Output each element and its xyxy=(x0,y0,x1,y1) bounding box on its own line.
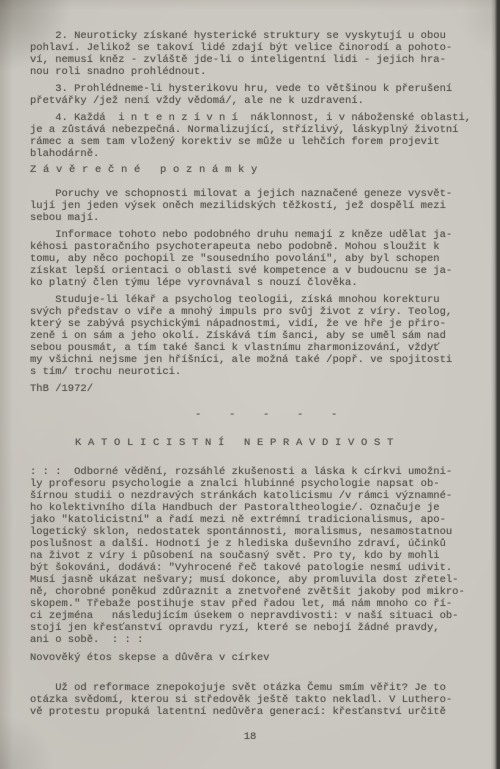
paragraph-point-3: 3. Prohlédneme-li hysterikovu hru, vede … xyxy=(30,83,492,107)
text-line: 3. Prohlédneme-li hysterikovu hru, vede … xyxy=(30,83,492,95)
text-line: ani o sobě. : : : xyxy=(30,634,492,646)
text-line: svých představ o víře a mnohý impuls pro… xyxy=(30,306,492,318)
text-line: šírnou studii o nezdravých stránkách kat… xyxy=(30,490,492,502)
text-line: logetický sklon, nedostatek spontánnosti… xyxy=(30,526,492,538)
text-line: - - - - - xyxy=(195,409,492,421)
text-line: ThB /1972/ xyxy=(30,383,492,395)
source-signature: ThB /1972/ xyxy=(30,383,492,395)
text-line: Už od reformace znepokojuje svět otázka … xyxy=(30,682,492,694)
text-line: Studuje-li lékař a psycholog teologii, z… xyxy=(30,294,492,306)
subheading-novoveky-etos: Novověký étos skepse a důvěra v církev xyxy=(30,652,492,664)
paragraph-informace: Informace tohoto nebo podobného druhu ne… xyxy=(30,229,492,289)
scan-edge-shadow xyxy=(491,0,500,769)
text-line: Z á v ě r e č n é p o z n á m k y xyxy=(30,164,492,176)
scanned-document-page: 2. Neuroticky získané hysterické struktu… xyxy=(0,0,500,769)
text-line: získat lepší orientaci o oblasti své kom… xyxy=(30,265,492,277)
text-line: : : : Odborné vědění, rozsáhlé zkušenost… xyxy=(30,466,492,478)
text-line: 2. Neuroticky získané hysterické struktu… xyxy=(30,30,492,42)
text-line: být šokováni, dodává: "Vyhrocené řeč tak… xyxy=(30,562,492,574)
text-line: tomu, aby něco pochopil ze "sousedního p… xyxy=(30,253,492,265)
text-line: vě protestu propuká latentní nedůvěra ge… xyxy=(30,706,492,718)
text-line: ci zejména následujícím úsekem o nepravd… xyxy=(30,610,492,622)
article-title-katolicistni-nepravdivost: K A T O L I C I S T N Í N E P R A V D I … xyxy=(30,437,492,449)
text-line: Informace tohoto nebo podobného druhu ne… xyxy=(30,229,492,241)
dash-separator: - - - - - xyxy=(30,409,492,421)
text-line: s tím/ trochu neurotici. xyxy=(30,366,492,378)
paragraph-point-2: 2. Neuroticky získané hysterické struktu… xyxy=(30,30,492,78)
text-line: zeně i on sám a jeho okolí. Získává tím … xyxy=(30,330,492,342)
page-content: 2. Neuroticky získané hysterické struktu… xyxy=(30,30,492,718)
text-line: ně, chorobné poněkud zdůraznit a znetvoř… xyxy=(30,586,492,598)
text-line: nou roli snadno prohlédnout. xyxy=(30,66,492,78)
text-line: ví, nemusí kněz - zvláště jde-li o intel… xyxy=(30,54,492,66)
paragraph-odborne-vedeni: : : : Odborné vědění, rozsáhlé zkušenost… xyxy=(30,466,492,646)
paragraph-studuje-li: Studuje-li lékař a psycholog teologii, z… xyxy=(30,294,492,378)
text-line: stojí jen křesťanství opravdu ryzí, kter… xyxy=(30,622,492,634)
text-line: je a zůstává nebezpečná. Normalizující, … xyxy=(30,124,492,136)
text-line: ho kolektivního díla Handbuch der Pastor… xyxy=(30,502,492,514)
text-line: sebou pousmát, a tím také šanci k vlastn… xyxy=(30,342,492,354)
text-line: který se zabývá psychickými nápadnostmi,… xyxy=(30,318,492,330)
text-line: poslušnost a další. Hodnotí je z hledisk… xyxy=(30,538,492,550)
text-line: otázka svědomí, kterou si středověk ješt… xyxy=(30,694,492,706)
text-line: 4. Každá i n t e n z í v n í náklonnost,… xyxy=(30,112,492,124)
text-line: sebou mají. xyxy=(30,212,492,224)
text-line: rámec a sem tam vložený korektiv se může… xyxy=(30,136,492,148)
text-line: my všichni nejsme jen hříšníci, ale možn… xyxy=(30,354,492,366)
page-number: 18 xyxy=(0,731,500,743)
text-line: ly profesoru psychologie a znalci hlubin… xyxy=(30,478,492,490)
text-line: blahodárně. xyxy=(30,148,492,160)
text-line: lují jen jeden výsek oněch mezilidských … xyxy=(30,200,492,212)
paragraph-uz-od-reformace: Už od reformace znepokojuje svět otázka … xyxy=(30,682,492,718)
text-line: Musí jasně ukázat nešvary; musí dokonce,… xyxy=(30,574,492,586)
text-line: kéhosi pastoračního psychoterapeuta nebo… xyxy=(30,241,492,253)
paragraph-point-4: 4. Každá i n t e n z í v n í náklonnost,… xyxy=(30,112,492,160)
text-line: ko platný člen týmu lépe vyrovnával s no… xyxy=(30,277,492,289)
text-line: jako "katolicistní" a řadí mezi ně extré… xyxy=(30,514,492,526)
text-line: Poruchy ve schopnosti milovat a jejich n… xyxy=(30,188,492,200)
text-line: K A T O L I C I S T N Í N E P R A V D I … xyxy=(75,437,492,449)
text-line: pohlaví. Jelikož se takoví lidé zdají bý… xyxy=(30,42,492,54)
paragraph-poruchy: Poruchy ve schopnosti milovat a jejich n… xyxy=(30,188,492,224)
text-line: skopem." Třebaže postihuje stav před řad… xyxy=(30,598,492,610)
text-line: na život z víry i působení na současný s… xyxy=(30,550,492,562)
text-line: Novověký étos skepse a důvěra v církev xyxy=(30,652,492,664)
text-line: přetvářky /jež není vždy vědomá/, ale ne… xyxy=(30,95,492,107)
section-heading-zaverecne-poznamky: Z á v ě r e č n é p o z n á m k y xyxy=(30,164,492,176)
